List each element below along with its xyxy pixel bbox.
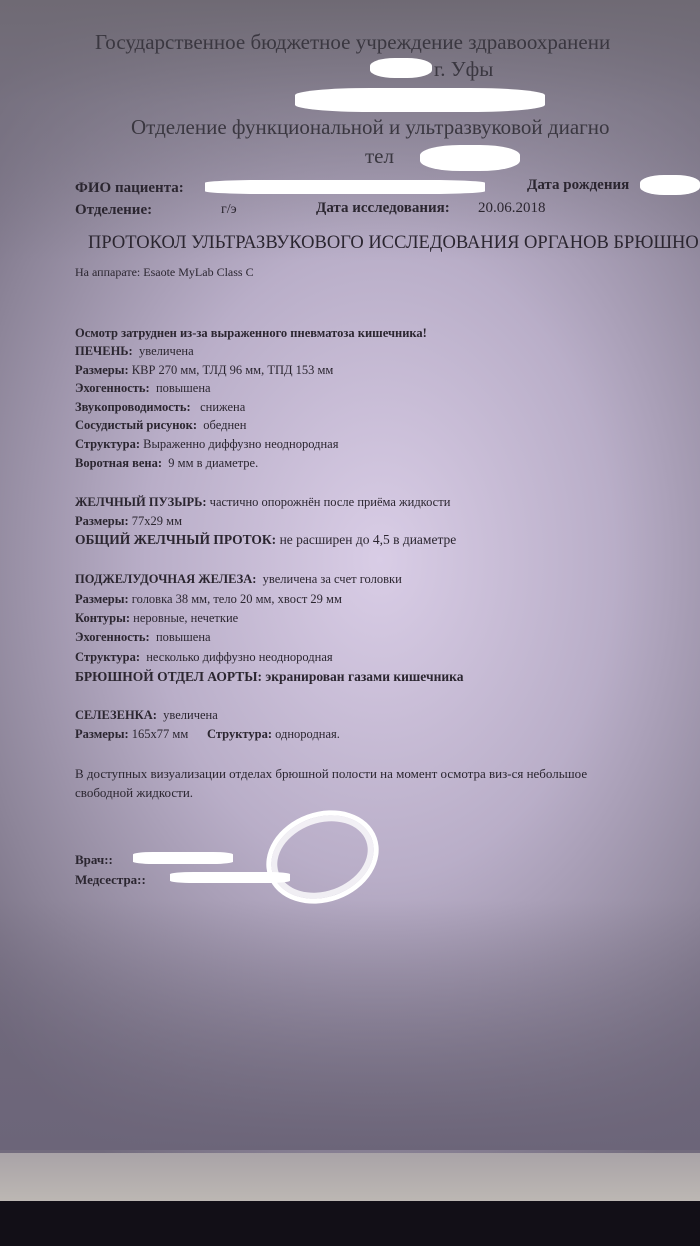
pancreas-echo-row: Эхогенность: повышена bbox=[75, 630, 211, 645]
exam-note: Осмотр затруднен из-за выраженного пневм… bbox=[75, 326, 427, 341]
aorta-label: БРЮШНОЙ ОТДЕЛ АОРТЫ: bbox=[75, 669, 262, 684]
liver-sound-label: Звукопроводимость: bbox=[75, 400, 191, 414]
liver-echo-row: Эхогенность: повышена bbox=[75, 381, 211, 396]
gallbladder-size-value: 77x29 мм bbox=[132, 514, 182, 528]
pancreas-echo-label: Эхогенность: bbox=[75, 630, 150, 644]
institution-name: Государственное бюджетное учреждение здр… bbox=[95, 30, 610, 55]
pancreas-size-row: Размеры: головка 38 мм, тело 20 мм, хвос… bbox=[75, 592, 342, 607]
department-label: Отделение: bbox=[75, 202, 152, 219]
liver-sound-value: снижена bbox=[200, 400, 245, 414]
liver-portal-row: Воротная вена: 9 мм в диаметре. bbox=[75, 456, 258, 471]
device-value: Esaote MyLab Class C bbox=[143, 265, 253, 279]
pancreas-struct-row: Структура: несколько диффузно неоднородн… bbox=[75, 650, 333, 665]
bile-duct-label: ОБЩИЙ ЖЕЛЧНЫЙ ПРОТОК: bbox=[75, 532, 276, 547]
pancreas-struct-label: Структура: bbox=[75, 650, 140, 664]
liver-struct-value: Выраженно диффузно неоднородная bbox=[143, 437, 338, 451]
spleen-title: СЕЛЕЗЕНКА: bbox=[75, 708, 157, 722]
patient-name-label: ФИО пациента: bbox=[75, 180, 184, 197]
liver-echo-value: повышена bbox=[156, 381, 211, 395]
spleen-size-label: Размеры: bbox=[75, 727, 129, 741]
liver-size-row: Размеры: КВР 270 мм, ТЛД 96 мм, ТПД 153 … bbox=[75, 363, 333, 378]
conclusion-line-2: свободной жидкости. bbox=[75, 785, 193, 801]
bile-duct-row: ОБЩИЙ ЖЕЛЧНЫЙ ПРОТОК: не расширен до 4,5… bbox=[75, 532, 456, 548]
desk-edge bbox=[0, 1153, 700, 1201]
pancreas-size-label: Размеры: bbox=[75, 592, 129, 606]
redaction-mark bbox=[205, 180, 485, 194]
liver-portal-value: 9 мм в диаметре. bbox=[168, 456, 258, 470]
pancreas-status: увеличена за счет головки bbox=[263, 572, 402, 586]
doctor-label: Врач:: bbox=[75, 852, 113, 868]
exam-date-label: Дата исследования: bbox=[316, 200, 450, 217]
protocol-title: ПРОТОКОЛ УЛЬТРАЗВУКОВОГО ИССЛЕДОВАНИЯ ОР… bbox=[88, 233, 699, 254]
redaction-mark bbox=[133, 852, 233, 864]
bile-duct-value: не расширен до 4,5 в диаметре bbox=[280, 532, 457, 547]
gallbladder-title: ЖЕЛЧНЫЙ ПУЗЫРЬ: bbox=[75, 495, 207, 509]
spleen-title-row: СЕЛЕЗЕНКА: увеличена bbox=[75, 708, 218, 723]
redaction-mark bbox=[420, 145, 520, 171]
liver-struct-row: Структура: Выраженно диффузно неоднородн… bbox=[75, 437, 338, 452]
gallbladder-size-label: Размеры: bbox=[75, 514, 129, 528]
conclusion-line-1: В доступных визуализации отделах брюшной… bbox=[75, 766, 587, 782]
pancreas-title: ПОДЖЕЛУДОЧНАЯ ЖЕЛЕЗА: bbox=[75, 572, 256, 586]
pancreas-contour-row: Контуры: неровные, нечеткие bbox=[75, 611, 238, 626]
department-value: г/э bbox=[221, 202, 237, 218]
nurse-label: Медсестра:: bbox=[75, 872, 146, 888]
redaction-mark bbox=[295, 88, 545, 112]
liver-vasc-value: обеднен bbox=[203, 418, 246, 432]
liver-vasc-label: Сосудистый рисунок: bbox=[75, 418, 197, 432]
pancreas-contour-label: Контуры: bbox=[75, 611, 130, 625]
spleen-size-row: Размеры: 165x77 мм Структура: однородная… bbox=[75, 727, 340, 742]
device-line: На аппарате: Esaote MyLab Class C bbox=[75, 265, 254, 280]
pancreas-echo-value: повышена bbox=[156, 630, 211, 644]
spleen-struct-label: Структура: bbox=[207, 727, 272, 741]
liver-status: увеличена bbox=[139, 344, 194, 358]
liver-title-row: ПЕЧЕНЬ: увеличена bbox=[75, 344, 194, 359]
spleen-status: увеличена bbox=[163, 708, 218, 722]
institution-city: г. Уфы bbox=[434, 57, 493, 82]
birth-date-label: Дата рождения bbox=[527, 177, 629, 194]
liver-size-label: Размеры: bbox=[75, 363, 129, 377]
department-name: Отделение функциональной и ультразвуково… bbox=[131, 115, 610, 140]
redaction-mark bbox=[370, 58, 432, 78]
liver-title: ПЕЧЕНЬ: bbox=[75, 344, 133, 358]
pancreas-size-value: головка 38 мм, тело 20 мм, хвост 29 мм bbox=[132, 592, 342, 606]
spleen-struct-value: однородная. bbox=[275, 727, 340, 741]
device-label: На аппарате: bbox=[75, 265, 140, 279]
liver-portal-label: Воротная вена: bbox=[75, 456, 162, 470]
aorta-value: экранирован газами кишечника bbox=[265, 669, 463, 684]
aorta-row: БРЮШНОЙ ОТДЕЛ АОРТЫ: экранирован газами … bbox=[75, 669, 463, 685]
gallbladder-size-row: Размеры: 77x29 мм bbox=[75, 514, 182, 529]
pancreas-struct-value: несколько диффузно неоднородная bbox=[146, 650, 332, 664]
pancreas-contour-value: неровные, нечеткие bbox=[133, 611, 238, 625]
desk-surface bbox=[0, 1201, 700, 1246]
pancreas-title-row: ПОДЖЕЛУДОЧНАЯ ЖЕЛЕЗА: увеличена за счет … bbox=[75, 572, 402, 587]
liver-struct-label: Структура: bbox=[75, 437, 140, 451]
spleen-size-value: 165x77 мм bbox=[132, 727, 188, 741]
liver-size-value: КВР 270 мм, ТЛД 96 мм, ТПД 153 мм bbox=[132, 363, 334, 377]
phone-label: тел bbox=[365, 144, 394, 169]
gallbladder-status: частично опорожнён после приёма жидкости bbox=[210, 495, 451, 509]
gallbladder-title-row: ЖЕЛЧНЫЙ ПУЗЫРЬ: частично опорожнён после… bbox=[75, 495, 450, 510]
liver-vasc-row: Сосудистый рисунок: обеднен bbox=[75, 418, 246, 433]
redaction-mark bbox=[640, 175, 700, 195]
exam-date-value: 20.06.2018 bbox=[478, 200, 546, 217]
liver-sound-row: Звукопроводимость: снижена bbox=[75, 400, 245, 415]
page-shadow-bottom bbox=[0, 900, 700, 1150]
liver-echo-label: Эхогенность: bbox=[75, 381, 150, 395]
